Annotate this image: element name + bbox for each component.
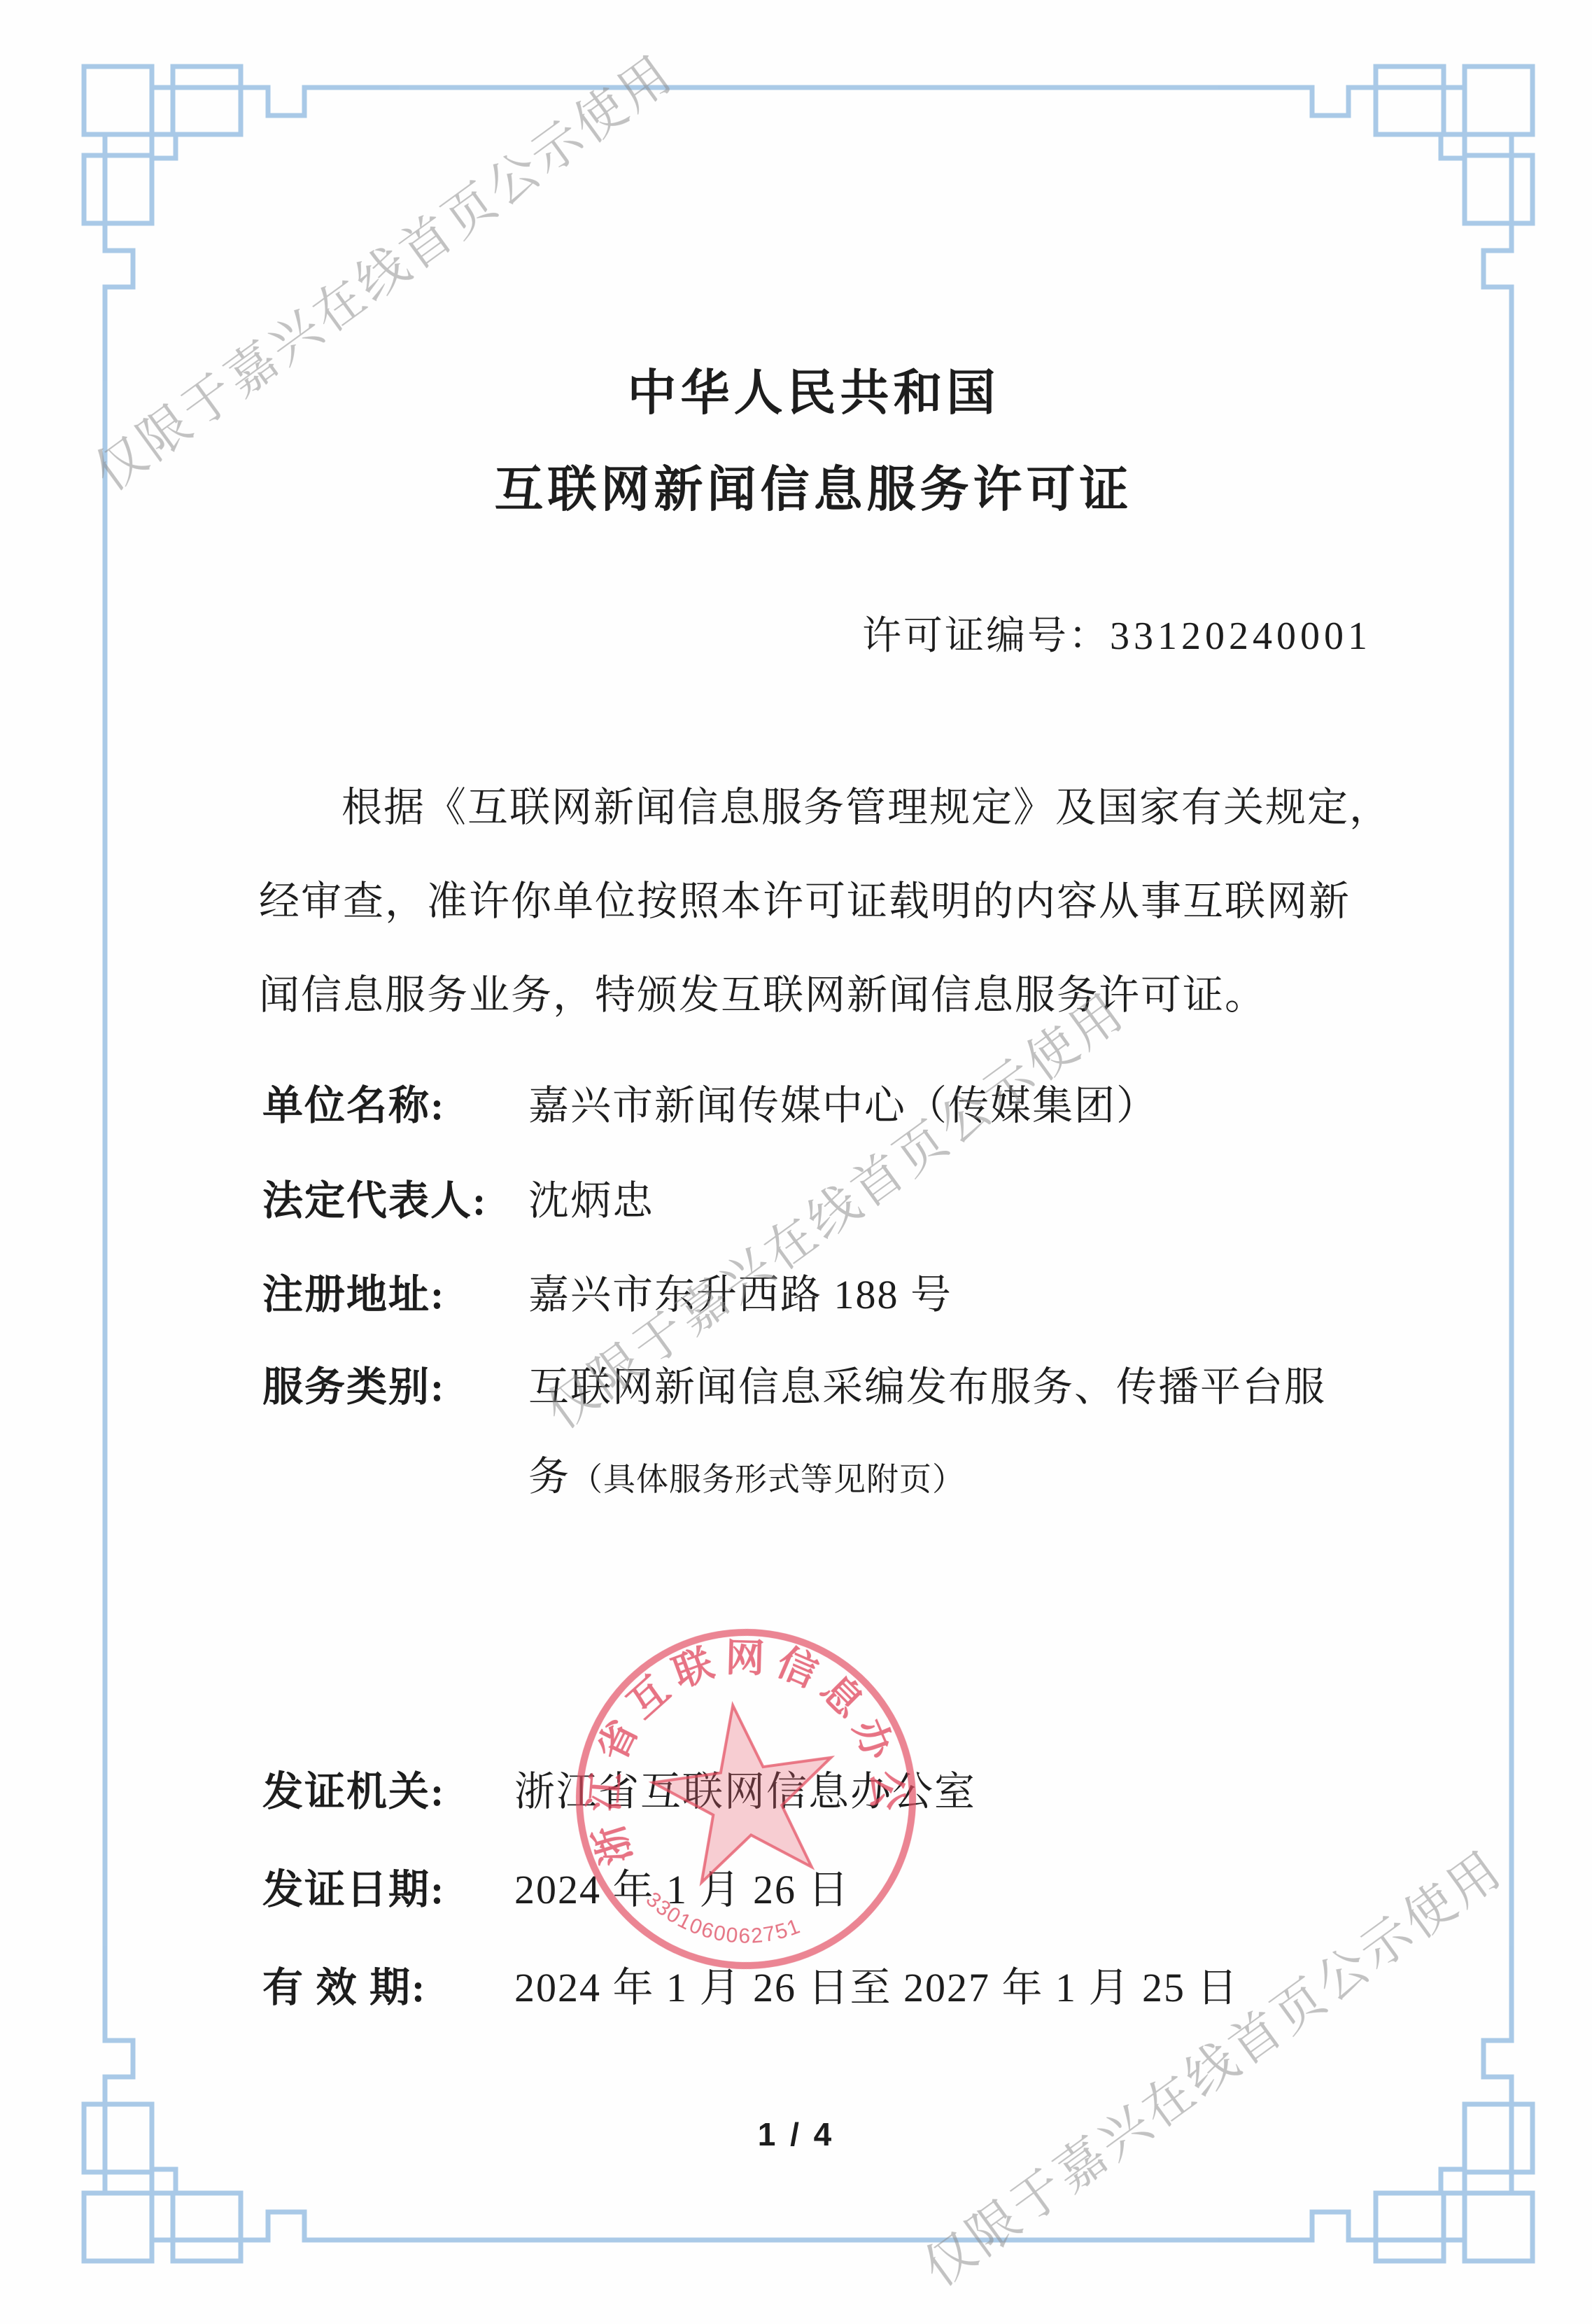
seal-serial-number: 3301060062751 [640,1868,805,1963]
svg-text:3301060062751: 3301060062751 [640,1868,805,1963]
body-paragraph-line-1: 根据《互联网新闻信息服务管理规定》及国家有关规定， [341,774,1391,833]
license-number-line: 许可证编号：33120240001 [862,605,1372,661]
seal-star [644,1693,845,1887]
document-title-license: 互联网新闻信息服务许可证 [0,450,1592,521]
official-red-seal: 浙江省互联网信息办公室 3301060062751 [540,1593,951,2004]
license-document-page: 中华人民共和国 互联网新闻信息服务许可证 许可证编号：33120240001 根… [0,0,1592,2324]
license-number-value: 33120240001 [1110,615,1372,658]
body-paragraph-line-2: 经审查，准许你单位按照本许可证载明的内容从事互联网新 [259,868,1351,927]
page-number: 1 / 4 [0,2115,1592,2153]
license-number-label: 许可证编号： [862,615,1110,658]
